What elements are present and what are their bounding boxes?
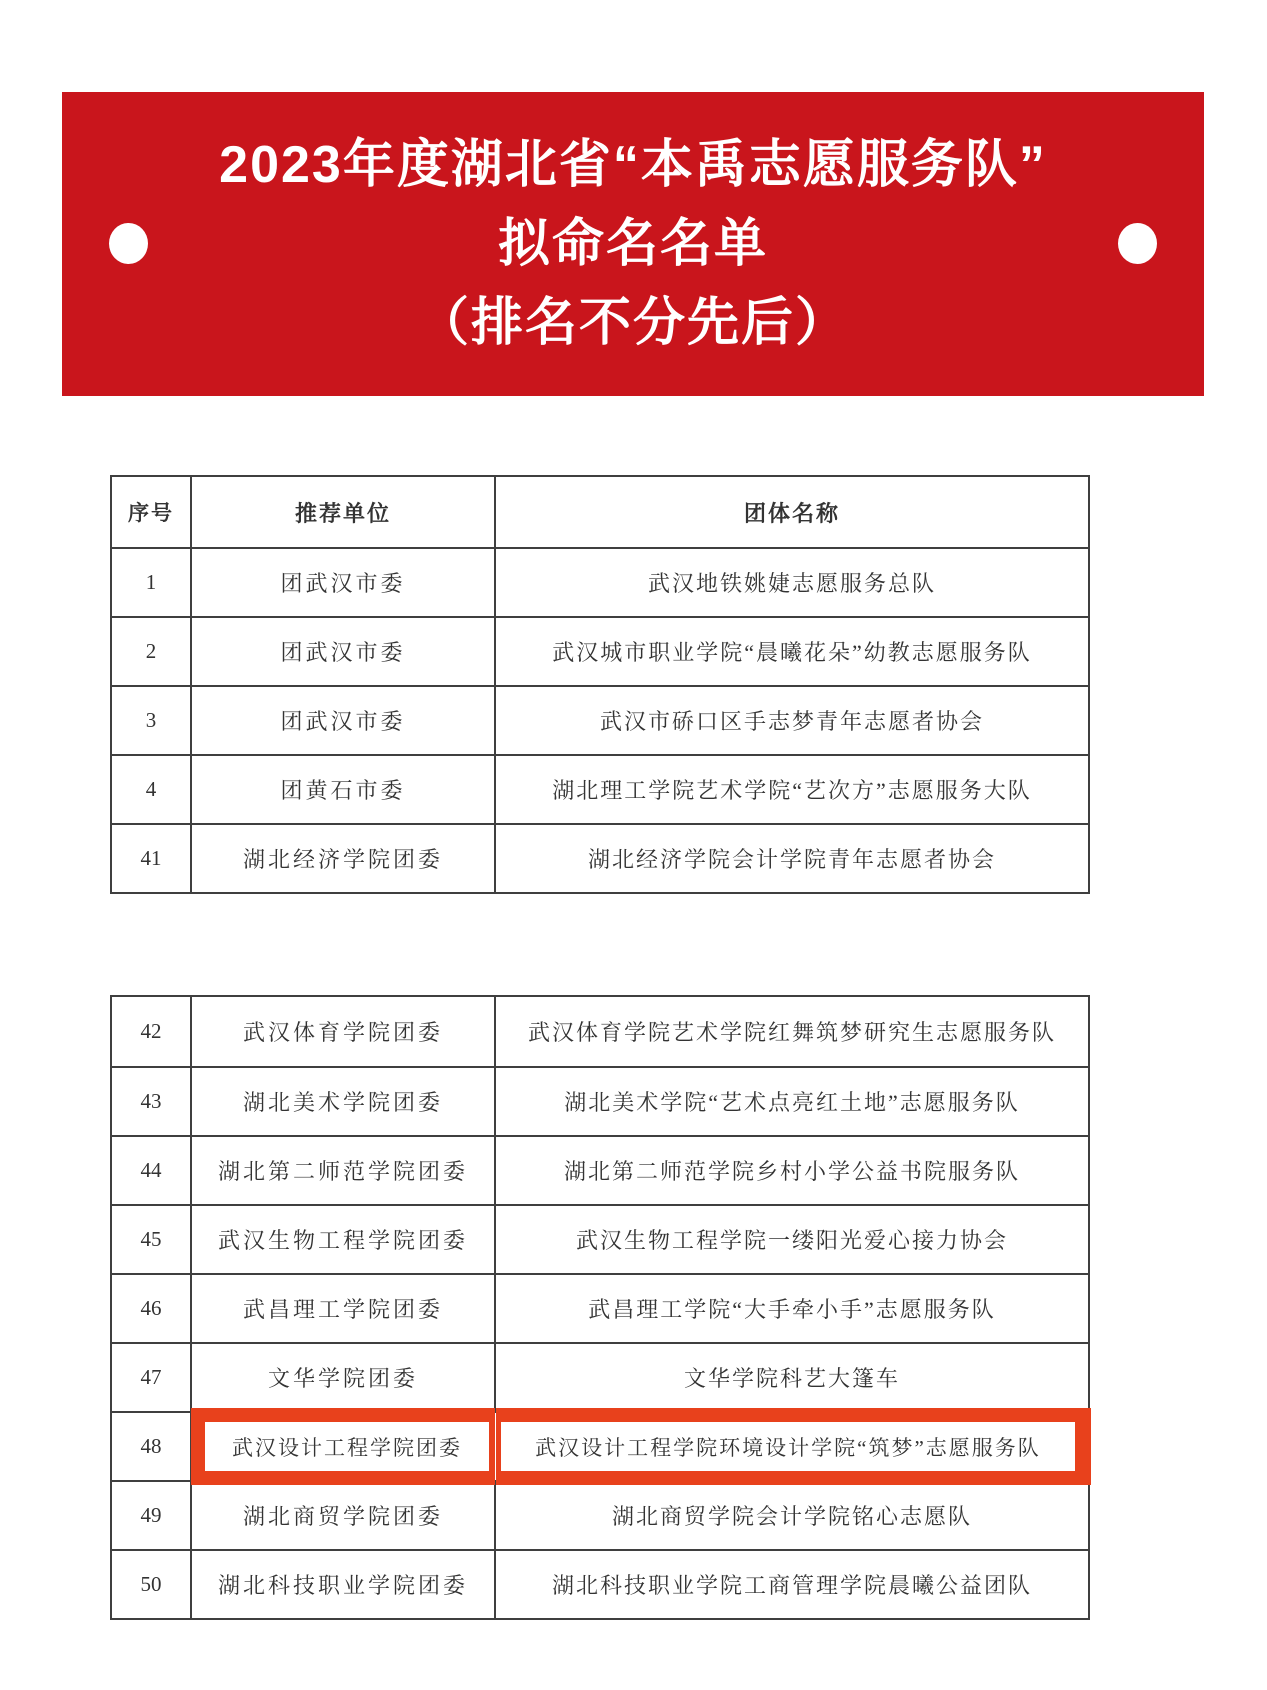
cell-recommending-unit: 武汉生物工程学院团委 [192,1206,496,1273]
cell-recommending-unit: 武汉设计工程学院团委 [205,1422,489,1471]
cell-team-name: 湖北科技职业学院工商管理学院晨曦公益团队 [496,1551,1088,1618]
table-row: 41 湖北经济学院团委 湖北经济学院会计学院青年志愿者协会 [112,823,1088,892]
cell-seq-number: 49 [112,1482,192,1549]
cell-team-name: 武汉市硚口区手志梦青年志愿者协会 [496,687,1088,754]
table-row: 3 团武汉市委 武汉市硚口区手志梦青年志愿者协会 [112,685,1088,754]
cell-team-name: 文华学院科艺大篷车 [496,1344,1088,1411]
cell-seq-number: 46 [112,1275,192,1342]
table-row: 43 湖北美术学院团委 湖北美术学院“艺术点亮红土地”志愿服务队 [112,1066,1088,1135]
cell-seq-number: 44 [112,1137,192,1204]
cell-team-name: 武汉生物工程学院一缕阳光爱心接力协会 [496,1206,1088,1273]
highlight-box: 武汉设计工程学院环境设计学院“筑梦”志愿服务队 [496,1413,1088,1480]
cell-recommending-unit: 文华学院团委 [192,1344,496,1411]
table-row: 50 湖北科技职业学院团委 湖北科技职业学院工商管理学院晨曦公益团队 [112,1549,1088,1618]
cell-recommending-unit: 团武汉市委 [192,687,496,754]
cell-recommending-unit: 湖北美术学院团委 [192,1068,496,1135]
header-team-name: 团体名称 [496,477,1088,547]
table-row: 46 武昌理工学院团委 武昌理工学院“大手牵小手”志愿服务队 [112,1273,1088,1342]
cell-recommending-unit: 武汉体育学院团委 [192,997,496,1066]
cell-seq-number: 47 [112,1344,192,1411]
cell-recommending-unit: 湖北经济学院团委 [192,825,496,892]
cell-team-name: 武汉体育学院艺术学院红舞筑梦研究生志愿服务队 [496,997,1088,1066]
cell-recommending-unit: 团黄石市委 [192,756,496,823]
cell-seq-number: 48 [112,1413,192,1480]
cell-recommending-unit: 团武汉市委 [192,549,496,616]
table-row: 44 湖北第二师范学院团委 湖北第二师范学院乡村小学公益书院服务队 [112,1135,1088,1204]
cell-team-name: 湖北商贸学院会计学院铭心志愿队 [496,1482,1088,1549]
table-row: 1 团武汉市委 武汉地铁姚婕志愿服务总队 [112,547,1088,616]
cell-team-name: 湖北美术学院“艺术点亮红土地”志愿服务队 [496,1068,1088,1135]
document-page: 2023年度湖北省“本禹志愿服务队” 拟命名名单 （排名不分先后） 序号 推荐单… [0,0,1267,1690]
cell-seq-number: 41 [112,825,192,892]
cell-recommending-unit: 湖北科技职业学院团委 [192,1551,496,1618]
cell-seq-number: 4 [112,756,192,823]
cell-seq-number: 43 [112,1068,192,1135]
table-section-2: 42 武汉体育学院团委 武汉体育学院艺术学院红舞筑梦研究生志愿服务队 43 湖北… [110,995,1090,1620]
cell-seq-number: 1 [112,549,192,616]
cell-team-name: 武汉设计工程学院环境设计学院“筑梦”志愿服务队 [501,1422,1075,1471]
cell-team-name: 湖北经济学院会计学院青年志愿者协会 [496,825,1088,892]
banner-dot-left-icon [109,223,148,264]
table-row: 49 湖北商贸学院团委 湖北商贸学院会计学院铭心志愿队 [112,1480,1088,1549]
table-row: 2 团武汉市委 武汉城市职业学院“晨曦花朵”幼教志愿服务队 [112,616,1088,685]
cell-team-name: 武汉城市职业学院“晨曦花朵”幼教志愿服务队 [496,618,1088,685]
table-header-row: 序号 推荐单位 团体名称 [112,477,1088,547]
cell-seq-number: 50 [112,1551,192,1618]
table-row: 4 团黄石市委 湖北理工学院艺术学院“艺次方”志愿服务大队 [112,754,1088,823]
cell-seq-number: 45 [112,1206,192,1273]
cell-team-name: 武汉地铁姚婕志愿服务总队 [496,549,1088,616]
banner-title-line2: 拟命名名单 [498,218,768,270]
highlight-box: 武汉设计工程学院团委 [192,1413,496,1480]
cell-recommending-unit: 团武汉市委 [192,618,496,685]
table-row: 42 武汉体育学院团委 武汉体育学院艺术学院红舞筑梦研究生志愿服务队 [112,997,1088,1066]
table-row: 45 武汉生物工程学院团委 武汉生物工程学院一缕阳光爱心接力协会 [112,1204,1088,1273]
table-row: 47 文华学院团委 文华学院科艺大篷车 [112,1342,1088,1411]
banner-title-line3: （排名不分先后） [417,297,849,349]
table-section-1: 序号 推荐单位 团体名称 1 团武汉市委 武汉地铁姚婕志愿服务总队 2 团武汉市… [110,475,1090,894]
cell-recommending-unit: 湖北商贸学院团委 [192,1482,496,1549]
cell-team-name: 湖北第二师范学院乡村小学公益书院服务队 [496,1137,1088,1204]
banner-dot-right-icon [1118,223,1157,264]
cell-seq-number: 42 [112,997,192,1066]
header-seq-number: 序号 [112,477,192,547]
header-recommending-unit: 推荐单位 [192,477,496,547]
cell-seq-number: 3 [112,687,192,754]
cell-team-name: 武昌理工学院“大手牵小手”志愿服务队 [496,1275,1088,1342]
cell-recommending-unit: 湖北第二师范学院团委 [192,1137,496,1204]
table-row-highlighted: 48 武汉设计工程学院团委 武汉设计工程学院环境设计学院“筑梦”志愿服务队 [112,1411,1088,1480]
cell-seq-number: 2 [112,618,192,685]
cell-team-name: 湖北理工学院艺术学院“艺次方”志愿服务大队 [496,756,1088,823]
cell-recommending-unit: 武昌理工学院团委 [192,1275,496,1342]
banner: 2023年度湖北省“本禹志愿服务队” 拟命名名单 （排名不分先后） [62,92,1204,396]
banner-title-line1: 2023年度湖北省“本禹志愿服务队” [219,139,1047,191]
